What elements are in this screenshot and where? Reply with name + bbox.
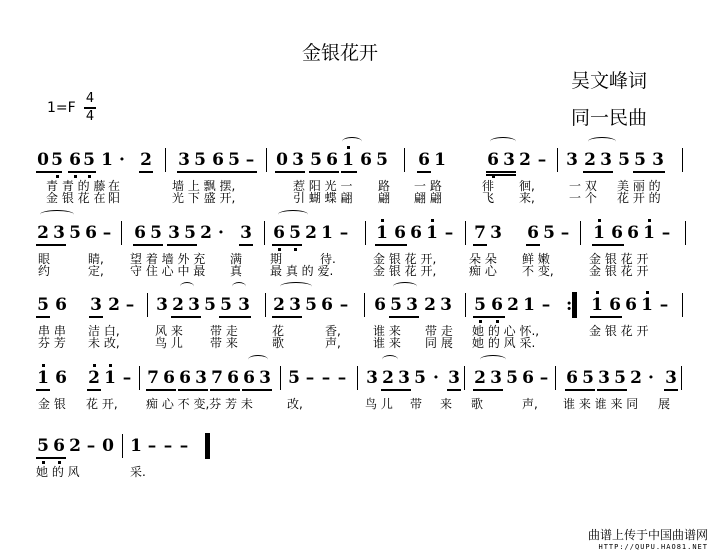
lyric-verse-2: 歌 bbox=[272, 337, 284, 350]
note: 5 bbox=[390, 295, 402, 315]
eighth-beam bbox=[36, 457, 66, 459]
note: – bbox=[178, 436, 190, 456]
lyric-verse-2: 花 开 的 bbox=[617, 192, 661, 205]
barline bbox=[557, 148, 558, 172]
note: 0 bbox=[276, 150, 288, 170]
slur-arc bbox=[280, 282, 312, 291]
note: 3 bbox=[406, 295, 418, 315]
slur-arc bbox=[40, 210, 74, 219]
note: 1 bbox=[342, 150, 354, 170]
low-octave-dot bbox=[278, 248, 281, 251]
score-row: 5632–3235532356–653235621–1661–:串 串芬 芳洁 … bbox=[0, 295, 714, 355]
note: 1 bbox=[434, 150, 446, 170]
note: 6 bbox=[627, 223, 639, 243]
note: 5 bbox=[506, 368, 518, 388]
lyric-verse-2: 光 下 盛 开, bbox=[172, 192, 235, 205]
eighth-beam bbox=[590, 316, 622, 318]
high-octave-dot bbox=[648, 219, 651, 222]
note: 3 bbox=[440, 295, 452, 315]
note: 2 bbox=[200, 223, 212, 243]
note: – bbox=[660, 223, 672, 243]
note: 6 bbox=[374, 295, 386, 315]
note: 1 bbox=[376, 223, 388, 243]
note: 5 bbox=[543, 223, 555, 243]
note: 5 bbox=[184, 223, 196, 243]
barline bbox=[682, 293, 683, 317]
note: 2 bbox=[519, 150, 531, 170]
note: 5 bbox=[618, 150, 630, 170]
note: 5 bbox=[37, 436, 49, 456]
lyric-verse-1: 鸟 儿 bbox=[365, 398, 393, 411]
slur-arc bbox=[382, 355, 398, 364]
slur-arc bbox=[393, 282, 417, 291]
note: 6 bbox=[227, 368, 239, 388]
barline bbox=[682, 148, 683, 172]
note: 6 bbox=[179, 368, 191, 388]
barline bbox=[147, 293, 148, 317]
lyric-verse-1: 展 bbox=[658, 398, 670, 411]
eighth-beam bbox=[526, 244, 540, 246]
note: 5 bbox=[310, 150, 322, 170]
note: · bbox=[430, 368, 442, 388]
note: 1 bbox=[37, 368, 49, 388]
barline bbox=[364, 293, 365, 317]
note: 6 bbox=[55, 295, 67, 315]
lyric-verse-1: 采. bbox=[130, 466, 146, 479]
lyric-verse-2: 金 银 花 开 bbox=[589, 265, 648, 278]
high-octave-dot bbox=[596, 291, 599, 294]
eighth-beam bbox=[341, 171, 357, 173]
low-octave-dot bbox=[496, 320, 499, 323]
note: · bbox=[116, 150, 128, 170]
note: – bbox=[536, 150, 548, 170]
slur-arc bbox=[490, 137, 516, 146]
lyric-verse-1: 金 银 花 开 bbox=[589, 325, 648, 338]
barline bbox=[465, 221, 466, 245]
note: – bbox=[124, 295, 136, 315]
note: 1 bbox=[643, 223, 655, 243]
note: 7 bbox=[474, 223, 486, 243]
lyric-verse-2: 谁 来 bbox=[373, 337, 401, 350]
note: – bbox=[338, 223, 350, 243]
note: 2 bbox=[69, 436, 81, 456]
lyric-verse-2: 鸟 儿 bbox=[155, 337, 183, 350]
eighth-beam bbox=[171, 316, 201, 318]
eighth-beam bbox=[219, 316, 251, 318]
barline bbox=[555, 366, 556, 390]
note: 0 bbox=[102, 436, 114, 456]
lyricist-credit: 吴文峰词 bbox=[571, 66, 647, 93]
low-octave-dot bbox=[42, 461, 45, 464]
note: – bbox=[85, 436, 97, 456]
barline bbox=[681, 366, 682, 390]
eighth-beam bbox=[473, 244, 487, 246]
note: 5 bbox=[204, 295, 216, 315]
lyric-verse-2: 不 变, bbox=[522, 265, 554, 278]
note: 3 bbox=[195, 368, 207, 388]
note: 3 bbox=[289, 295, 301, 315]
slur-arc bbox=[232, 282, 246, 291]
note: – bbox=[538, 368, 550, 388]
slur-arc bbox=[248, 355, 268, 364]
score-row: 05651·23565–035616561632–323553青 青 的 藤金 … bbox=[0, 150, 714, 210]
note: 5 bbox=[414, 368, 426, 388]
barline bbox=[464, 366, 465, 390]
note: 6 bbox=[527, 223, 539, 243]
eighth-beam bbox=[275, 171, 305, 173]
lyric-verse-1: 歌 bbox=[471, 398, 483, 411]
note: 6 bbox=[625, 295, 637, 315]
note: – bbox=[101, 223, 113, 243]
slur-arc bbox=[342, 137, 362, 146]
note: 6 bbox=[566, 368, 578, 388]
eighth-beam bbox=[565, 389, 595, 391]
slur-arc bbox=[588, 137, 616, 146]
lyric-verse-2: 阳 bbox=[108, 192, 120, 205]
note: · bbox=[215, 223, 227, 243]
eighth-beam bbox=[473, 316, 505, 318]
note: 6 bbox=[85, 223, 97, 243]
eighth-beam bbox=[272, 244, 302, 246]
eighth-beam bbox=[167, 244, 197, 246]
note: 5 bbox=[376, 150, 388, 170]
note: 3 bbox=[566, 150, 578, 170]
high-octave-dot bbox=[598, 219, 601, 222]
note: – bbox=[320, 368, 332, 388]
eighth-beam bbox=[177, 171, 257, 173]
note: – bbox=[658, 295, 670, 315]
note: 6 bbox=[55, 368, 67, 388]
note: 1 bbox=[591, 295, 603, 315]
lyric-verse-2: 带 来 bbox=[210, 337, 238, 350]
note: 3 bbox=[448, 368, 460, 388]
low-octave-dot bbox=[58, 461, 61, 464]
eighth-beam bbox=[381, 389, 411, 391]
note: 6 bbox=[53, 436, 65, 456]
note: 6 bbox=[410, 223, 422, 243]
eighth-beam bbox=[36, 244, 66, 246]
score-row: 1621–766376635–––3235·32356–65352·3金 银花 … bbox=[0, 368, 714, 428]
sixteenth-beam bbox=[486, 174, 516, 176]
time-signature: 4 4 bbox=[84, 92, 96, 124]
lyric-verse-2: 一 个 bbox=[569, 192, 597, 205]
note: 6 bbox=[360, 150, 372, 170]
note: – bbox=[540, 295, 552, 315]
lyric-verse-2: 痴 心 bbox=[469, 265, 497, 278]
note: – bbox=[336, 368, 348, 388]
note: 2 bbox=[273, 295, 285, 315]
note: 6 bbox=[243, 368, 255, 388]
score-row: 562–01–––她 的 风采. bbox=[0, 436, 714, 496]
note: 2 bbox=[474, 368, 486, 388]
score-row: 2356–65352·36521–1661–7365–1661–眼约睛,定,望 … bbox=[0, 223, 714, 283]
lyric-verse-2: 引 蝴 蝶 翩 bbox=[293, 192, 352, 205]
lyric-verse-2: 未 改, bbox=[88, 337, 120, 350]
high-octave-dot bbox=[646, 291, 649, 294]
note: 6 bbox=[611, 223, 623, 243]
lyric-verse-1: 声, bbox=[522, 398, 538, 411]
note: 3 bbox=[188, 295, 200, 315]
note: 6 bbox=[321, 295, 333, 315]
low-octave-dot bbox=[294, 248, 297, 251]
note: 7 bbox=[147, 368, 159, 388]
eighth-beam bbox=[592, 244, 624, 246]
note: 1 bbox=[130, 436, 142, 456]
high-octave-dot bbox=[347, 146, 350, 149]
note: 3 bbox=[292, 150, 304, 170]
barline bbox=[122, 434, 123, 458]
note: 6 bbox=[491, 295, 503, 315]
note: 3 bbox=[503, 150, 515, 170]
eighth-beam bbox=[389, 316, 419, 318]
note: 5 bbox=[37, 295, 49, 315]
eighth-beam bbox=[417, 171, 431, 173]
note: 6 bbox=[69, 150, 81, 170]
note: – bbox=[338, 295, 350, 315]
lyric-verse-1: 她 的 风 bbox=[36, 466, 80, 479]
lyric-verse-2: 她 的 风 采. bbox=[472, 337, 535, 350]
barline bbox=[265, 293, 266, 317]
barline bbox=[580, 221, 581, 245]
note: 6 bbox=[326, 150, 338, 170]
lyric-verse-1: 金 银 bbox=[38, 398, 66, 411]
note: 2 bbox=[382, 368, 394, 388]
barline bbox=[685, 221, 686, 245]
note: 5 bbox=[289, 223, 301, 243]
note: 3 bbox=[366, 368, 378, 388]
note: 2 bbox=[108, 295, 120, 315]
note: 6 bbox=[522, 368, 534, 388]
note: 1 bbox=[641, 295, 653, 315]
note: 3 bbox=[156, 295, 168, 315]
note: 5 bbox=[51, 150, 63, 170]
slur-arc bbox=[480, 355, 506, 364]
note: 2 bbox=[37, 223, 49, 243]
time-signature-top: 4 bbox=[84, 92, 96, 106]
lyric-verse-1: 痴 心 不 变,芬 芳 未 bbox=[146, 398, 253, 411]
note: 3 bbox=[665, 368, 677, 388]
note: – bbox=[443, 223, 455, 243]
note: 5 bbox=[474, 295, 486, 315]
slur-arc bbox=[180, 282, 194, 291]
eighth-beam bbox=[36, 171, 62, 173]
lyric-verse-1: 改, bbox=[287, 398, 303, 411]
low-octave-dot bbox=[479, 320, 482, 323]
eighth-beam bbox=[89, 316, 103, 318]
high-octave-dot bbox=[93, 364, 96, 367]
repeat-barline bbox=[572, 292, 577, 318]
lyric-verse-2: 金 银 花 在 bbox=[46, 192, 105, 205]
note: – bbox=[146, 436, 158, 456]
footer-site-name: 曲谱上传于中国曲谱网 bbox=[588, 526, 708, 543]
key-signature: 1=F bbox=[47, 100, 76, 116]
note: – bbox=[162, 436, 174, 456]
lyric-verse-2: 金 银 花 开, bbox=[373, 265, 436, 278]
note: 5 bbox=[614, 368, 626, 388]
lyric-verse-2: 定, bbox=[88, 265, 104, 278]
eighth-beam bbox=[68, 171, 96, 173]
lyric-verse-2: 真 bbox=[230, 265, 242, 278]
low-octave-dot bbox=[74, 175, 77, 178]
note: – bbox=[304, 368, 316, 388]
final-barline bbox=[205, 433, 210, 459]
note: 6 bbox=[609, 295, 621, 315]
low-octave-dot bbox=[88, 175, 91, 178]
note: – bbox=[244, 150, 256, 170]
note: 5 bbox=[150, 223, 162, 243]
note: 3 bbox=[398, 368, 410, 388]
eighth-beam bbox=[486, 171, 516, 173]
note: 6 bbox=[163, 368, 175, 388]
note: 3 bbox=[259, 368, 271, 388]
barline bbox=[264, 221, 265, 245]
note: 5 bbox=[288, 368, 300, 388]
note: 0 bbox=[37, 150, 49, 170]
lyric-verse-2: 守 住 心 中 最 bbox=[130, 265, 205, 278]
lyric-verse-2: 声, bbox=[325, 337, 341, 350]
slur-arc bbox=[278, 210, 308, 219]
barline bbox=[139, 366, 140, 390]
note: 2 bbox=[584, 150, 596, 170]
eighth-beam bbox=[210, 389, 240, 391]
eighth-beam bbox=[178, 389, 208, 391]
note: 1 bbox=[101, 150, 113, 170]
note: 3 bbox=[178, 150, 190, 170]
note: · bbox=[645, 368, 657, 388]
barline bbox=[280, 366, 281, 390]
footer-url: HTTP://QUPU.HAO81.NET bbox=[588, 543, 708, 551]
eighth-beam bbox=[87, 389, 101, 391]
note: 5 bbox=[194, 150, 206, 170]
lyric-verse-2: 飞 bbox=[482, 192, 494, 205]
composer-credit: 同一民曲 bbox=[571, 103, 647, 130]
note: 3 bbox=[240, 223, 252, 243]
lyric-verse-1: 带 bbox=[410, 398, 422, 411]
note: 5 bbox=[69, 223, 81, 243]
barline bbox=[357, 366, 358, 390]
time-signature-bottom: 4 bbox=[84, 110, 96, 124]
note: 2 bbox=[507, 295, 519, 315]
eighth-beam bbox=[473, 389, 503, 391]
eighth-beam bbox=[36, 316, 50, 318]
note: 6 bbox=[273, 223, 285, 243]
eighth-beam bbox=[447, 389, 461, 391]
barline bbox=[365, 221, 366, 245]
lyric-verse-2: 最 真 的 爱. bbox=[270, 265, 333, 278]
note: 3 bbox=[652, 150, 664, 170]
note: 1 bbox=[321, 223, 333, 243]
note: 5 bbox=[220, 295, 232, 315]
eighth-beam bbox=[242, 389, 272, 391]
eighth-beam bbox=[146, 389, 176, 391]
song-title: 金银花开 bbox=[0, 38, 680, 65]
eighth-beam bbox=[664, 389, 678, 391]
high-octave-dot bbox=[42, 364, 45, 367]
lyric-verse-2: 翩 翩 bbox=[414, 192, 442, 205]
note: 3 bbox=[53, 223, 65, 243]
note: 2 bbox=[88, 368, 100, 388]
note: 2 bbox=[172, 295, 184, 315]
note: 1 bbox=[523, 295, 535, 315]
note: 2 bbox=[630, 368, 642, 388]
note: 6 bbox=[487, 150, 499, 170]
note: 3 bbox=[490, 368, 502, 388]
lyric-verse-1: 来 bbox=[440, 398, 452, 411]
note: 5 bbox=[582, 368, 594, 388]
high-octave-dot bbox=[381, 219, 384, 222]
barline bbox=[165, 148, 166, 172]
lyric-verse-2: 翩 bbox=[378, 192, 390, 205]
note: 1 bbox=[426, 223, 438, 243]
note: 3 bbox=[168, 223, 180, 243]
low-octave-dot bbox=[56, 175, 59, 178]
lyric-verse-1: 花 开, bbox=[86, 398, 118, 411]
note: 3 bbox=[238, 295, 250, 315]
note: 5 bbox=[634, 150, 646, 170]
lyric-verse-1: 待. bbox=[320, 253, 336, 266]
note: 2 bbox=[305, 223, 317, 243]
eighth-beam bbox=[309, 171, 339, 173]
note: 6 bbox=[212, 150, 224, 170]
high-octave-dot bbox=[109, 364, 112, 367]
note: 1 bbox=[593, 223, 605, 243]
barline bbox=[266, 148, 267, 172]
lyric-verse-2: 同 展 bbox=[425, 337, 453, 350]
lyric-verse-2: 芬 芳 bbox=[38, 337, 66, 350]
high-octave-dot bbox=[431, 219, 434, 222]
lyric-verse-1: 谁 来 谁 来 同 bbox=[563, 398, 638, 411]
note: 5 bbox=[305, 295, 317, 315]
note: – bbox=[559, 223, 571, 243]
eighth-beam bbox=[375, 244, 407, 246]
eighth-beam bbox=[633, 171, 665, 173]
eighth-beam bbox=[239, 244, 253, 246]
note: 3 bbox=[598, 368, 610, 388]
barline bbox=[465, 293, 466, 317]
note: 5 bbox=[228, 150, 240, 170]
note: 2 bbox=[424, 295, 436, 315]
note: 3 bbox=[490, 223, 502, 243]
note: 3 bbox=[90, 295, 102, 315]
lyric-verse-2: 来, bbox=[519, 192, 535, 205]
eighth-beam bbox=[597, 389, 627, 391]
barline bbox=[404, 148, 405, 172]
note: 3 bbox=[600, 150, 612, 170]
note: 6 bbox=[418, 150, 430, 170]
footer-watermark: 曲谱上传于中国曲谱网 HTTP://QUPU.HAO81.NET bbox=[588, 526, 708, 551]
lyric-verse-2: 约 bbox=[38, 265, 50, 278]
note: 7 bbox=[211, 368, 223, 388]
note: 6 bbox=[134, 223, 146, 243]
eighth-beam bbox=[583, 171, 613, 173]
barline bbox=[121, 221, 122, 245]
note: 2 bbox=[140, 150, 152, 170]
note: 5 bbox=[83, 150, 95, 170]
note: 6 bbox=[394, 223, 406, 243]
eighth-beam bbox=[36, 389, 50, 391]
note: – bbox=[121, 368, 133, 388]
eighth-beam bbox=[139, 171, 153, 173]
eighth-beam bbox=[133, 244, 163, 246]
note: 1 bbox=[104, 368, 116, 388]
eighth-beam bbox=[272, 316, 302, 318]
